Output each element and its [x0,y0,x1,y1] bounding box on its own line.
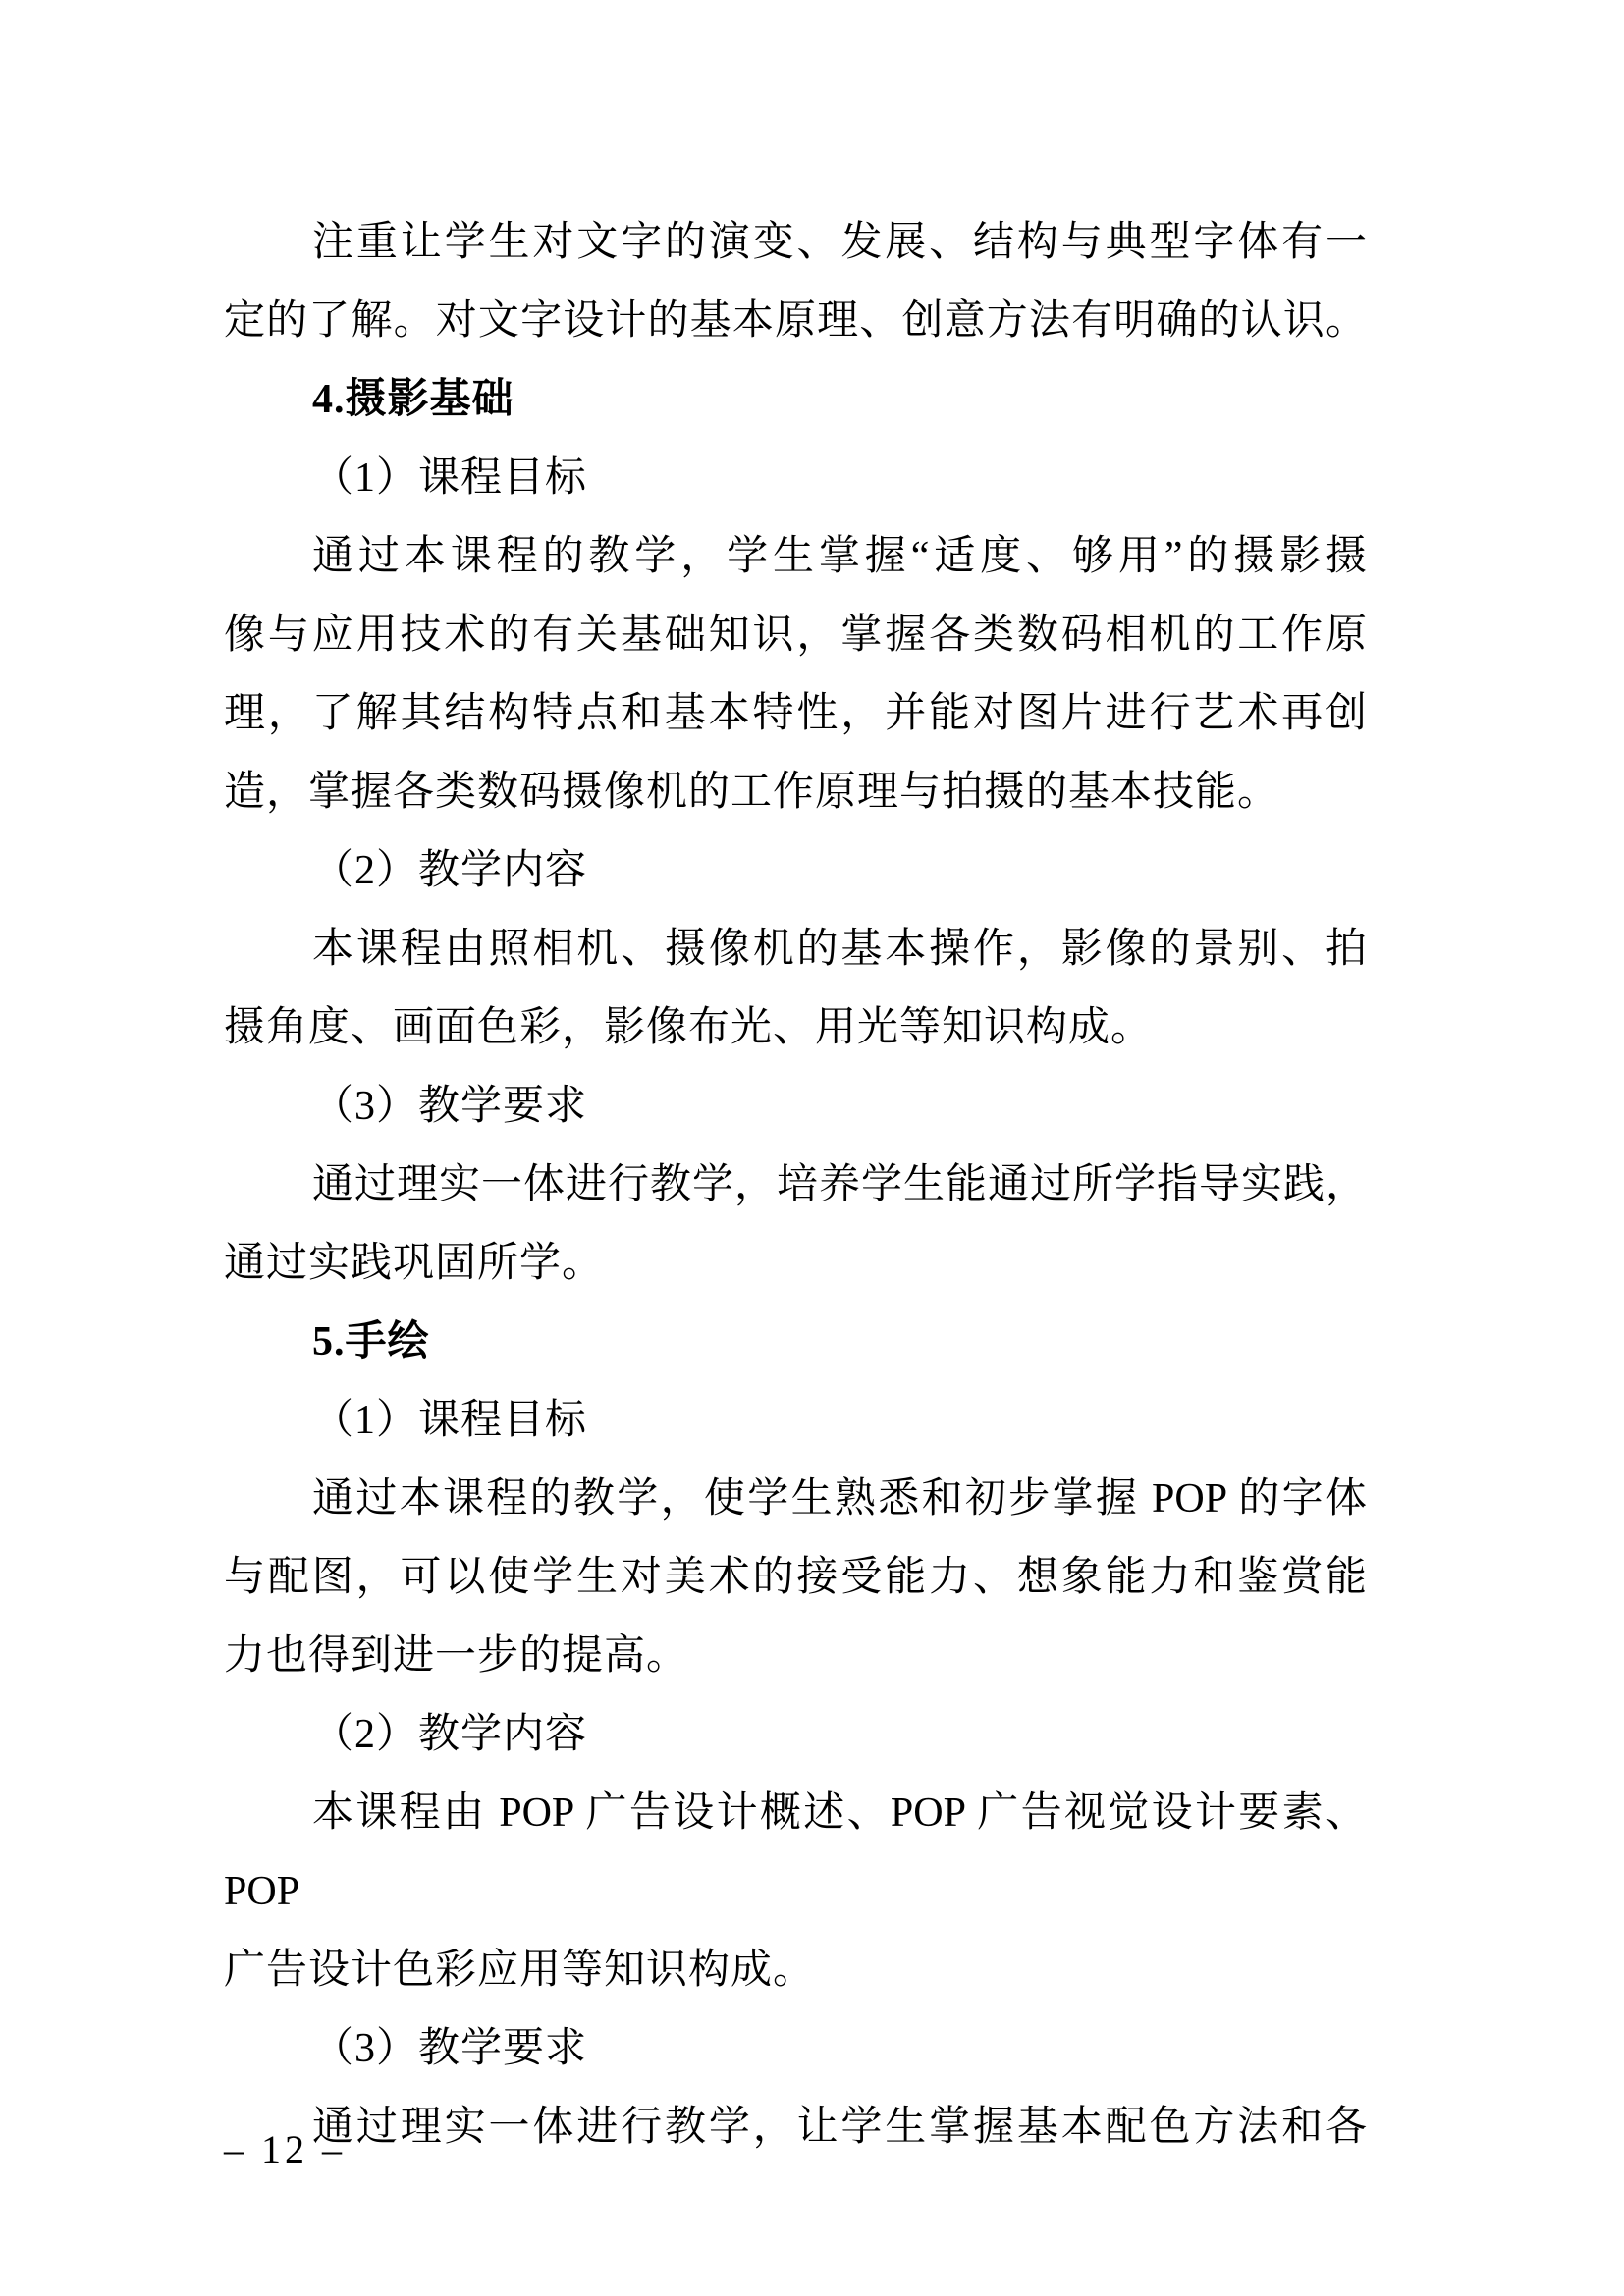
text-line-heading: 5.手绘 [224,1303,1367,1381]
text-line-continuation: 理，了解其结构特点和基本特性，并能对图片进行艺术再创 [224,674,1367,753]
text-line-paragraph-end: 通过实践巩固所学。 [224,1224,1367,1303]
text-line-paragraph-end: 造，掌握各类数码摄像机的工作原理与拍摄的基本技能。 [224,753,1367,831]
text-line-continuation: 像与应用技术的有关基础知识，掌握各类数码相机的工作原 [224,596,1367,674]
text-line-heading: 4.摄影基础 [224,360,1367,439]
text-line-subheading: （2）教学内容 [224,831,1367,910]
text-line-paragraph-start: 通过本课程的教学，使学生熟悉和初步掌握 POP 的字体 [224,1460,1367,1538]
text-line-subheading: （3）教学要求 [224,2009,1367,2088]
text-line-paragraph-end: 摄角度、画面色彩，影像布光、用光等知识构成。 [224,988,1367,1067]
text-line-paragraph-start: 通过理实一体进行教学，让学生掌握基本配色方法和各 [224,2088,1367,2166]
text-line-subheading: （3）教学要求 [224,1067,1367,1146]
text-line-paragraph-start: 本课程由 POP 广告设计概述、POP 广告视觉设计要素、POP [224,1774,1367,1931]
text-line-paragraph-start: 注重让学生对文字的演变、发展、结构与典型字体有一 [224,203,1367,282]
text-line-subheading: （1）课程目标 [224,1381,1367,1460]
text-line-continuation: 与配图，可以使学生对美术的接受能力、想象能力和鉴赏能 [224,1538,1367,1617]
text-line-subheading: （2）教学内容 [224,1695,1367,1774]
text-line-paragraph-start: 通过理实一体进行教学，培养学生能通过所学指导实践， [224,1146,1367,1224]
page-number: – 12 – [224,2128,346,2171]
text-line-paragraph-end: 广告设计色彩应用等知识构成。 [224,1931,1367,2009]
text-line-paragraph-start: 通过本课程的教学，学生掌握“适度、够用”的摄影摄 [224,517,1367,596]
text-line-subheading: （1）课程目标 [224,439,1367,517]
document-text-block: 注重让学生对文字的演变、发展、结构与典型字体有一定的了解。对文字设计的基本原理、… [224,203,1367,2166]
document-page: 注重让学生对文字的演变、发展、结构与典型字体有一定的了解。对文字设计的基本原理、… [0,0,1624,2296]
text-line-paragraph-end: 定的了解。对文字设计的基本原理、创意方法有明确的认识。 [224,282,1367,360]
text-line-paragraph-start: 本课程由照相机、摄像机的基本操作，影像的景别、拍 [224,910,1367,988]
text-line-paragraph-end: 力也得到进一步的提高。 [224,1617,1367,1695]
